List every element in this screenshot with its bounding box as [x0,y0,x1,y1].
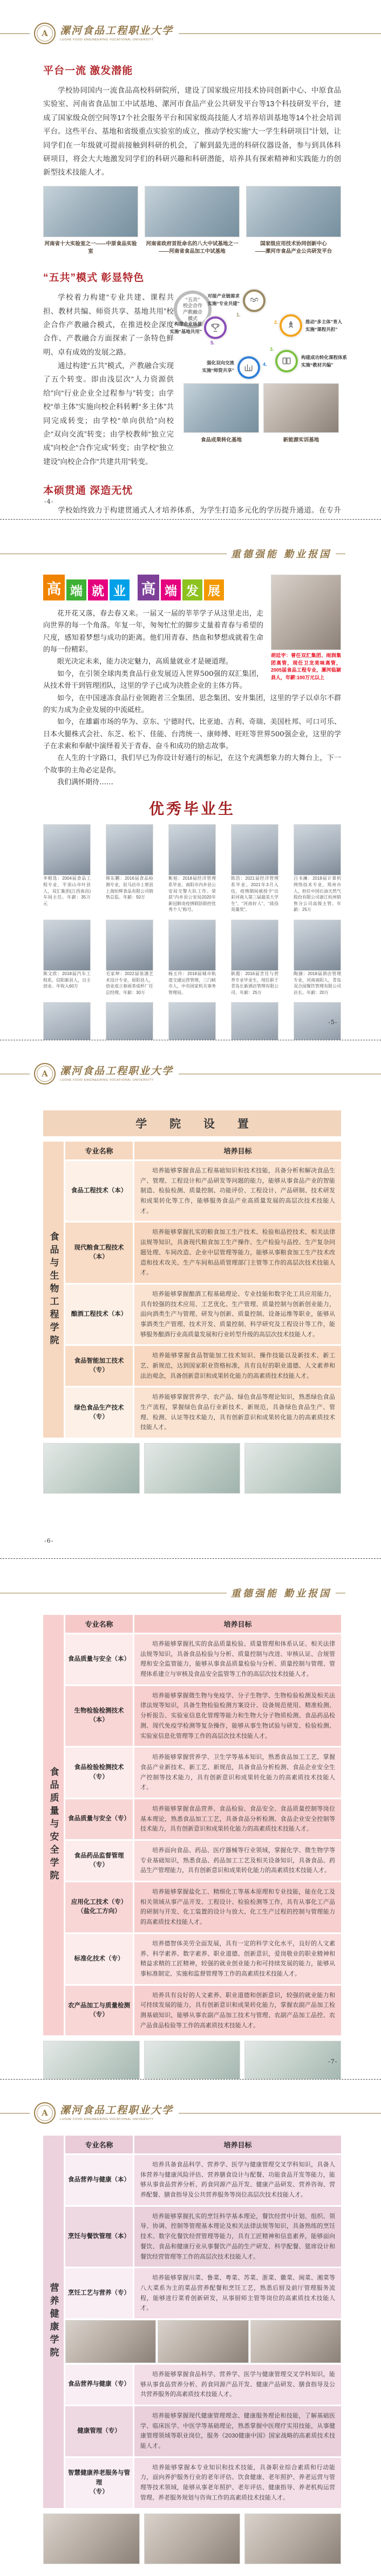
graduate-caption: 杨玉玲：2018届城市轨道交通运营管理，三门峡市人，中央国家机关事务管理局。 [168,971,216,996]
brochure-page-4: A 漯河食品工程职业大学 LUOHE FOOD ENGINEERING VOCA… [0,0,381,519]
major-goal: 培养能够掌握扎实的食品质量检验、质量管理和体系认证、相关法律法规等知识，具备食品… [134,1634,341,1684]
wugong-photo-row [183,383,341,433]
section-title-benshuo: 本硕贯通 深造无忧 [43,482,341,497]
graduate-caption: 陶涠：2018届酒店管理专业，河南南阳人，青岛双合园餐饮管理有限公司店长。年薪：… [294,971,341,996]
university-name-en: LUOHE FOOD ENGINEERING VOCATIONAL UNIVER… [60,2118,173,2121]
benshuo-paragraph-1: 学校始终致力于构建贯通式人才培养体系，为学生打造多元化的学历提升通道。在专升本领… [43,503,341,519]
diagram-node-number: 2. [274,320,278,325]
diagram-node-label: 强化双向交流 实施“师资共享” [189,360,234,374]
college-name: 营养健康学院 [47,2283,60,2360]
major-row: 食品智能加工技术（专）培养能够掌握食品智能加工技术知识、操作技能以及新技术、新工… [65,1346,341,1386]
header-rule-right [179,33,381,34]
graduates-grid: 李根选：2004届食品工程专业，平顶山市叶县人，双汇集团(江西南昌)车间主任。年… [43,824,341,1040]
diagram-node-1 [243,289,266,312]
diagram-node-label: 推动“多主体”育人 实施“课程共担” [305,319,349,333]
major-row: 绿色食品生产技术（专）培养能够掌握营养学、农产品、绿色食品等理论知识，熟悉绿色食… [65,1387,341,1438]
graduate-caption: 李根选：2004届食品工程专业，平顶山市叶县人，双汇集团(江西南昌)车间主任。年… [43,875,91,907]
photo-caption: 河南省政府首批命名的八大中试基地之一 ——河南省食品加工中试基地 [145,240,240,256]
major-goal: 培养能够掌握本专业知识和技术技能，具备职业综合素质和行动能力，面向养护服务行业的… [134,2458,341,2508]
major-name: 食品检验检测技术（专） [65,1748,133,1798]
major-row: 食品营养与健康（专）培养能够掌握食品科学、营养学、医学与健康管理交叉学科知识，能… [65,2365,341,2405]
section-title-platform: 平台一流 激发潜能 [43,63,341,77]
major-goal: 培养具备食品科学、营养学、医学与健康管理交叉学科知识，具备人体营养与健康风险评估… [134,2155,341,2205]
major-row: 食品工程技术（本）培养能够掌握食品工程基础知识和技术技能，具备分析和解决食品生产… [65,1161,341,1221]
graduate-photo [43,1002,91,1040]
major-goal: 培养能够掌握营养学、农产品、绿色食品等理论知识，熟悉绿色食品生产流程，掌握绿色食… [134,1387,341,1438]
graduate-card: 靳旭：2018届经济管理系毕业。南阳市内乡县公安局交警大队工作。荣获“内乡县公安… [168,824,216,913]
major-row: 现代粮食工程技术（本）培养能够掌握扎实的粮食加工生产技术、检验和品控技术、相关法… [65,1223,341,1282]
title-char: 展 [204,579,224,600]
graduate-card: 白玉婉：2014届经管系市场营销专业，郑州市新密市，国际莎蔓美容集团人力资源部副… [231,1002,278,1040]
lab-photo [43,1443,140,1494]
major-goal: 培养能够掌握食品工程基础知识和技术技能，具备分析和解决食品生产、管理、工程设计和… [134,1161,341,1221]
lab-photo [244,2041,341,2079]
colorful-title: 高 端 就 业 高 端 发 展 [43,575,263,600]
diagram-node-5 [204,316,227,339]
major-name: 健康管理（专） [65,2406,133,2456]
graduate-card: 李根选：2004届食品工程专业，平顶山市叶县人，双汇集团(江西南昌)车间主任。年… [43,824,91,913]
graduate-photo [231,824,278,875]
cooking-class-photo [43,2513,140,2564]
page-number: -6- [44,1537,53,1544]
graduate-photo [294,920,341,971]
college-table-nutrition-health: 营养健康学院 专业名称 培养目标 食品营养与健康（本）培养具备食品科学、营养学、… [43,2136,341,2508]
header-rule-right [179,1074,381,1074]
graduate-photo [231,1002,278,1040]
featured-graduate-photo [271,575,341,650]
book-icon [281,356,292,367]
title-char: 就 [88,579,108,600]
graduate-card: 陶涠：2018届酒店管理专业，河南南阳人，青岛双合园餐饮管理有限公司店长。年薪：… [294,920,341,996]
essay-paragraph: 如今，在中国速冻食品行业领跑者三全集团、思念集团、安井集团，这里的学子以卓尔不群… [43,693,341,717]
major-name: 食品质量与安全（专） [65,1799,133,1839]
graduate-caption: 韩东鹏：2016届食品检测专业，驻马店市上蔡县上海怡辉食品有限公司销售总监。年薪… [106,875,153,900]
graduate-photo [168,920,216,971]
university-emblem-icon: A [34,2102,56,2124]
university-logo: A 漯河食品工程职业大学 LUOHE FOOD ENGINEERING VOCA… [34,23,173,44]
column-header-goal: 培养目标 [134,2136,341,2153]
photo-pilot-base [145,186,240,237]
activity-photo [65,2320,156,2363]
major-goal: 培养德智体美劳全面发展，具有一定的科学文化水平，良好的人文素养、科学素养、数字素… [134,1934,341,1984]
diagram-node-number: 3. [270,347,274,352]
major-row: 烹饪与餐饮管理（本）培养能够掌握扎实的烹饪科学基本理论，餐饮经营中计划、组织、领… [65,2207,341,2267]
major-name: 食品营养与健康（本） [65,2155,133,2205]
photo-food-transform-base [183,383,259,433]
graduate-caption: 熊文欣：2018届汽车工程系，信阳新县人，自主创业。年收入60万 [43,971,91,990]
major-name: 食品智能加工技术（专） [65,1346,133,1386]
photo-caption: 国家级应用技术协同创新中心 ——漯河市食品产业公共研发平台 [246,240,341,256]
header-rule-left [0,1593,227,1593]
major-name: 标准化技术（专） [65,1934,133,1984]
major-row: 农产品加工与质量检测（专）培养具有良好的人文素养、职业道德和创新意识，较强的就业… [65,1986,341,2036]
header-rule-right [336,554,345,554]
college-inline-photo-row [65,2320,341,2363]
major-goal: 培养能够掌握食品营养、食品检验、食品安全、食品质量控制等岗位基本理论，熟悉食品加… [134,1799,341,1839]
page-number: -4- [44,498,53,505]
photo-rd-platform [246,186,341,237]
graduate-card: 毛家坤：2022届装潢艺术设计专业，原阳县人，创业成立春雨茶成杯厂任总经理。年薪… [106,920,153,996]
major-row: 标准化技术（专）培养德智体美劳全面发展，具有一定的科学文化水平，良好的人文素养、… [65,1934,341,1984]
table-header-row: 专业名称 培养目标 [65,1615,341,1633]
school-motto: 重德强能 勤业报国 [231,547,331,561]
university-name: 漯河食品工程职业大学 [60,25,173,37]
photo-caption: 河南省十大实验室之一——中原食品实验室 [43,240,138,256]
table-header-row: 专业名称 培养目标 [65,1142,341,1159]
major-row: 食品药品监督管理（专）培养面向食品、药品、医疗器械等行业领域，掌握化学、微生物学… [65,1841,341,1881]
page-number: -5- [328,1019,337,1026]
college-photo-row [43,2041,341,2079]
chart-icon [243,362,254,373]
graduate-photo [106,824,153,875]
graduate-card: 马晓爱：2018届健康管理专业毕业，现就职郑州市轩岐中医院，专注于健康管理实用理… [168,1002,216,1040]
page-header: 重德强能 勤业报国 [0,1586,345,1600]
brochure-page-8: A 漯河食品工程职业大学 LUOHE FOOD ENGINEERING VOCA… [0,2079,381,2575]
diagram-node-number: 1. [236,312,241,317]
page-header: A 漯河食品工程职业大学 LUOHE FOOD ENGINEERING VOCA… [0,2098,381,2128]
graduate-card: 陈浩：2021届经济管理系毕业。2021年3月入伍，疫情期间被授予“出彩河南人第… [231,824,278,913]
title-char: 业 [110,579,130,600]
graduate-photo [43,824,91,875]
graduate-photo [168,1002,216,1040]
kitchen-training-photo [144,2513,241,2564]
major-row: 智慧健康养老服务与管理 （专）培养能够掌握本专业知识和技术技能，具备职业综合素质… [65,2458,341,2508]
major-name: 食品质量与安全（本） [65,1634,133,1684]
college-photo-row [43,2513,341,2564]
title-char: 端 [66,579,86,600]
major-name: 烹饪与餐饮管理（本） [65,2207,133,2267]
wugong-section: 学校着力构建“专业共建、课程共担、教材共编、师资共享、基地共用”校企合作产教融合… [43,291,341,468]
lab-photo [244,1443,341,1494]
graduate-card: 吕书澜：2018届计算机网络技术专业，郑州市人，担任中国石油天然气股份有限公司浙… [294,824,341,913]
college-name: 食品质量与安全学院 [47,1767,60,1883]
lab-photo [43,2041,140,2079]
college-name-bar: 食品质量与安全学院 [43,1615,64,2035]
handshake-icon [249,295,260,306]
university-name-en: LUOHE FOOD ENGINEERING VOCATIONAL UNIVER… [60,1079,173,1082]
lab-photo [144,2041,241,2079]
university-emblem-icon: A [34,1063,56,1085]
major-goal: 培养能够掌握食品科学、营养学、医学与健康管理交叉学科知识，能够从事食品营养分析、… [134,2365,341,2405]
university-name: 漯河食品工程职业大学 [60,1066,173,1078]
graduate-caption: 耿霞：2016届烹饪与营养专业毕业生，现任职于青岛长新酒店管理有限公司。年薪：2… [231,971,278,996]
photo-new-energy-base [263,383,339,433]
wugong-diagram: “五共” 校企合作 产教融合 模式 1. 对接产业链需求 实施“专业共建” 2.… [174,291,341,381]
photo-caption: 新能源实训基地 [263,436,339,443]
college-table-quality-safety: 食品质量与安全学院 专业名称 培养目标 食品质量与安全（本）培养能够掌握扎实的食… [43,1615,341,2035]
wugong-photo-captions: 食品成果转化基地 新能源实训基地 [183,436,341,443]
lab-photo [144,1443,241,1494]
diagram-node-2 [280,314,302,337]
header-rule-left [0,2113,30,2114]
table-header-row: 专业名称 培养目标 [65,2136,341,2153]
major-goal: 培养能够掌握川菜、鲁菜、粤菜、苏菜、浙菜、徽菜、闽菜、湘菜等八大菜系为主的菜品营… [134,2268,341,2318]
diagram-node-label: 对接产业链需求 实施“专业共建” [193,293,240,307]
major-row: 健康管理（专）培养能够掌握现代健康管理理念、健康服务理论和技能，了解基础医学、临… [65,2406,341,2456]
graduate-photo [294,824,341,875]
header-rule-left [0,1074,30,1074]
major-name: 食品药品监督管理（专） [65,1841,133,1881]
page-header: A 漯河食品工程职业大学 LUOHE FOOD ENGINEERING VOCA… [0,1059,381,1089]
major-name: 应用化工技术（专） （盐化工方向） [65,1882,133,1932]
diagram-node-number: 5. [210,340,215,346]
graduate-caption: 靳旭：2018届经济管理系毕业。南阳市内乡县公安局交警大队工作。荣获“内乡县公安… [168,875,216,913]
diagram-node-3 [275,350,298,372]
major-row: 食品质量与安全（本）培养能够掌握扎实的食品质量检验、质量管理和体系认证、相关法律… [65,1634,341,1684]
school-motto: 重德强能 勤业报国 [231,1586,331,1600]
header-rule-left [0,33,30,34]
college-table-food-bio: 食品与生物工程学院 专业名称 培养目标 食品工程技术（本）培养能够掌握食品工程基… [43,1142,341,1438]
essay-paragraph: 在人生的十字路口，我们早已为你设计好通行的标记，在这个充满想象力的大舞台上，下一… [43,752,341,777]
column-header-major: 专业名称 [65,1615,133,1633]
rocket-icon [285,320,296,331]
title-char: 发 [182,579,202,600]
title-char: 高 [43,575,65,600]
column-header-goal: 培养目标 [134,1142,341,1159]
major-row: 应用化工技术（专） （盐化工方向）培养能够掌握盐化工、精细化工等基本原理和专业技… [65,1882,341,1932]
brochure-page-7: 重德强能 勤业报国 食品质量与安全学院 专业名称 培养目标 食品质量与安全（本）… [0,1558,381,2079]
college-name-bar: 营养健康学院 [43,2136,64,2508]
diagram-node-label: 构建企业场景 实施“基地共用” [163,321,202,335]
major-row: 生物检验检测技术（本）培养能够掌握微生物与免疫学、分子生物学、生物检验检测及相关… [65,1686,341,1746]
essay-paragraph: 我们满怀期待…… [43,777,341,789]
featured-graduate-caption: 胡廷宇：曾任双汇集团、雨润集团高管，现任卫龙美味高管，2005届食品工程专业，漯… [271,652,341,681]
college-name: 食品与生物工程学院 [47,1232,60,1348]
graduate-card: 杨玉玲：2018届城市轨道交通运营管理，三门峡市人，中央国家机关事务管理局。 [168,920,216,996]
diagram-node-label: 构建成功转化课程体系 实施“教材共编” [301,354,348,369]
graduate-card: 韩东鹏：2016届食品检测专业，驻马店市上蔡县上海怡辉食品有限公司销售总监。年薪… [106,824,153,913]
award-group-photo [244,2513,341,2564]
column-header-major: 专业名称 [65,2136,133,2153]
major-row: 烹饪工艺与营养（专）培养能够掌握川菜、鲁菜、粤菜、苏菜、浙菜、徽菜、闽菜、湘菜等… [65,2268,341,2318]
brochure-page-6: A 漯河食品工程职业大学 LUOHE FOOD ENGINEERING VOCA… [0,1040,381,1558]
page-header: 重德强能 勤业报国 [0,547,345,561]
activity-photo [158,2320,248,2363]
university-logo: A 漯河食品工程职业大学 LUOHE FOOD ENGINEERING VOCA… [34,2102,173,2124]
platform-paragraph: 学校协同国内一流食品高校科研院所，建设了国家级应用技术协同创新中心、中原食品实验… [43,84,341,179]
college-name-bar: 食品与生物工程学院 [43,1142,64,1438]
graduate-photo [106,1002,153,1040]
major-name: 农产品加工与质量检测（专） [65,1986,133,2036]
photo-zhongyuan-lab [43,186,138,237]
college-photo-row [43,1443,341,1494]
major-goal: 培养能够掌握现代健康管理理念、健康服务理论和技能，了解基础医学、临床医学、中医学… [134,2406,341,2456]
column-header-major: 专业名称 [65,1142,133,1159]
university-emblem-icon: A [34,23,56,44]
major-name: 现代粮食工程技术（本） [65,1223,133,1282]
university-name: 漯河食品工程职业大学 [60,2105,173,2117]
diagram-node-4 [237,356,260,379]
major-name: 烹饪工艺与营养（专） [65,2268,133,2318]
trophy-icon [210,322,221,333]
major-row: 食品营养与健康（本）培养具备食品科学、营养学、医学与健康管理交叉学科知识，具备人… [65,2155,341,2205]
major-goal: 培养能够掌握营养学、卫生学等基本知识，熟悉食品加工工艺，掌握食品产业新技术、新工… [134,1748,341,1798]
section-title-wugong: “五共”模式 彰显特色 [43,270,341,284]
brochure-page-5: 重德强能 勤业报国 胡廷宇：曾任双汇集团、雨润集团高管，现任卫龙美味高管，200… [0,519,381,1040]
university-name-en: LUOHE FOOD ENGINEERING VOCATIONAL UNIVER… [60,38,173,42]
essay-paragraph: 如今，在雄霸市场的华为、京东、宁德时代、比亚迪、吉利、奇瑞、美国杜邦、可口可乐、… [43,716,341,752]
graduate-card: 邢红伟：2020届智能控制技术专业，河南省周口市人，大陆泰密克汽车系统（上海）有… [106,1002,153,1040]
major-name: 智慧健康养老服务与管理 （专） [65,2458,133,2508]
major-goal: 培养面向食品、药品、医疗器械等行业领域，掌握化学、微生物学等专业基础知识，熟悉食… [134,1841,341,1881]
major-goal: 培养能够掌握扎实的粮食加工生产技术、检验和品控技术、相关法律法规等知识，具备现代… [134,1223,341,1282]
major-row: 酿酒工程技术（本）培养能够掌握酿酒工程基础理论、专业技能和数字化工具应用能力，具… [65,1284,341,1344]
major-goal: 培养能够掌握扎实的烹饪科学基本理论，餐饮经营中计划、组织、领导、协调、控制等管理… [134,2207,341,2267]
major-goal: 培养能够掌握微生物与免疫学、分子生物学、生物检验检测及相关法律法规等知识，具备生… [134,1686,341,1746]
major-row: 食品质量与安全（专）培养能够掌握食品营养、食品检验、食品安全、食品质量控制等岗位… [65,1799,341,1839]
platform-photo-captions: 河南省十大实验室之一——中原食品实验室 河南省政府首批命名的八大中试基地之一 —… [43,240,341,256]
major-goal: 培养能够掌握盐化工、精细化工等基本原理和专业技能，能在化工及相关领域从事产品开发… [134,1882,341,1932]
major-row: 食品检验检测技术（专）培养能够掌握营养学、卫生学等基本知识，熟悉食品加工工艺，掌… [65,1748,341,1798]
title-char: 高 [138,575,159,600]
photo-caption: 食品成果转化基地 [183,436,259,443]
header-rule-right [336,1593,345,1593]
diagram-node-number: 4. [263,362,267,367]
activity-photo [250,2320,341,2363]
graduate-photo [43,920,91,971]
graduate-caption: 吕书澜：2018届计算机网络技术专业，郑州市人，担任中国石油天然气股份有限公司浙… [294,875,341,913]
header-rule-left [0,554,227,554]
column-header-goal: 培养目标 [134,1615,341,1633]
graduate-card: 耿霞：2016届烹饪与营养专业毕业生，现任职于青岛长新酒店管理有限公司。年薪：2… [231,920,278,996]
graduate-caption: 陈浩：2021届经济管理系毕业。2021年3月入伍，疫情期间被授予“出彩河南人第… [231,875,278,913]
graduate-card: 熊文欣：2018届汽车工程系，信阳新县人，自主创业。年收入60万 [43,920,91,996]
graduate-photo [231,920,278,971]
university-logo: A 漯河食品工程职业大学 LUOHE FOOD ENGINEERING VOCA… [34,1063,173,1085]
major-goal: 培养具有良好的人文素养、职业道德和创新意识，较强的就业能力和可持续发展的能力，具… [134,1986,341,2036]
header-rule-right [179,2113,381,2114]
colleges-banner: 学 院 设 置 [43,1110,341,1136]
major-name: 食品工程技术（本） [65,1161,133,1221]
major-goal: 培养能够掌握食品智能加工技术知识、操作技能以及新技术、新工艺、新规范，达到国家职… [134,1346,341,1386]
major-name: 生物检验检测技术（本） [65,1686,133,1746]
graduate-card: 张雨：2021届广告设计与制作专业，洛阳市人，自主创业慕罗婚纱工作室。年薪：25… [43,1002,91,1040]
title-char: 端 [161,579,181,600]
wugong-paragraph-1: 学校着力构建“专业共建、课程共担、教材共编、师资共享、基地共用”校企合作产教融合… [43,291,174,359]
page-number: -7- [328,2058,337,2065]
page-header: A 漯河食品工程职业大学 LUOHE FOOD ENGINEERING VOCA… [0,18,381,49]
featured-graduate: 胡廷宇：曾任双汇集团、雨润集团高管，现任卫龙美味高管，2005届食品工程专业，漯… [271,575,341,681]
major-name: 绿色食品生产技术（专） [65,1387,133,1438]
graduate-caption: 毛家坤：2022届装潢艺术设计专业，原阳县人，创业成立春雨茶成杯厂任总经理。年薪… [106,971,153,996]
graduate-photo [106,920,153,971]
major-name: 食品营养与健康（专） [65,2365,133,2405]
major-goal: 培养能够掌握酿酒工程基础理论、专业技能和数字化工具应用能力，具有较强的技术应用、… [134,1284,341,1344]
major-name: 酿酒工程技术（本） [65,1284,133,1344]
wugong-paragraph-2: 通过构建“五共”模式，产教融合实现了五个转变。即由浅层次“人力资源供给”向“行业… [43,359,174,468]
graduates-title: 优秀毕业生 [43,797,341,819]
graduate-photo [168,824,216,875]
platform-photo-row [43,186,341,237]
